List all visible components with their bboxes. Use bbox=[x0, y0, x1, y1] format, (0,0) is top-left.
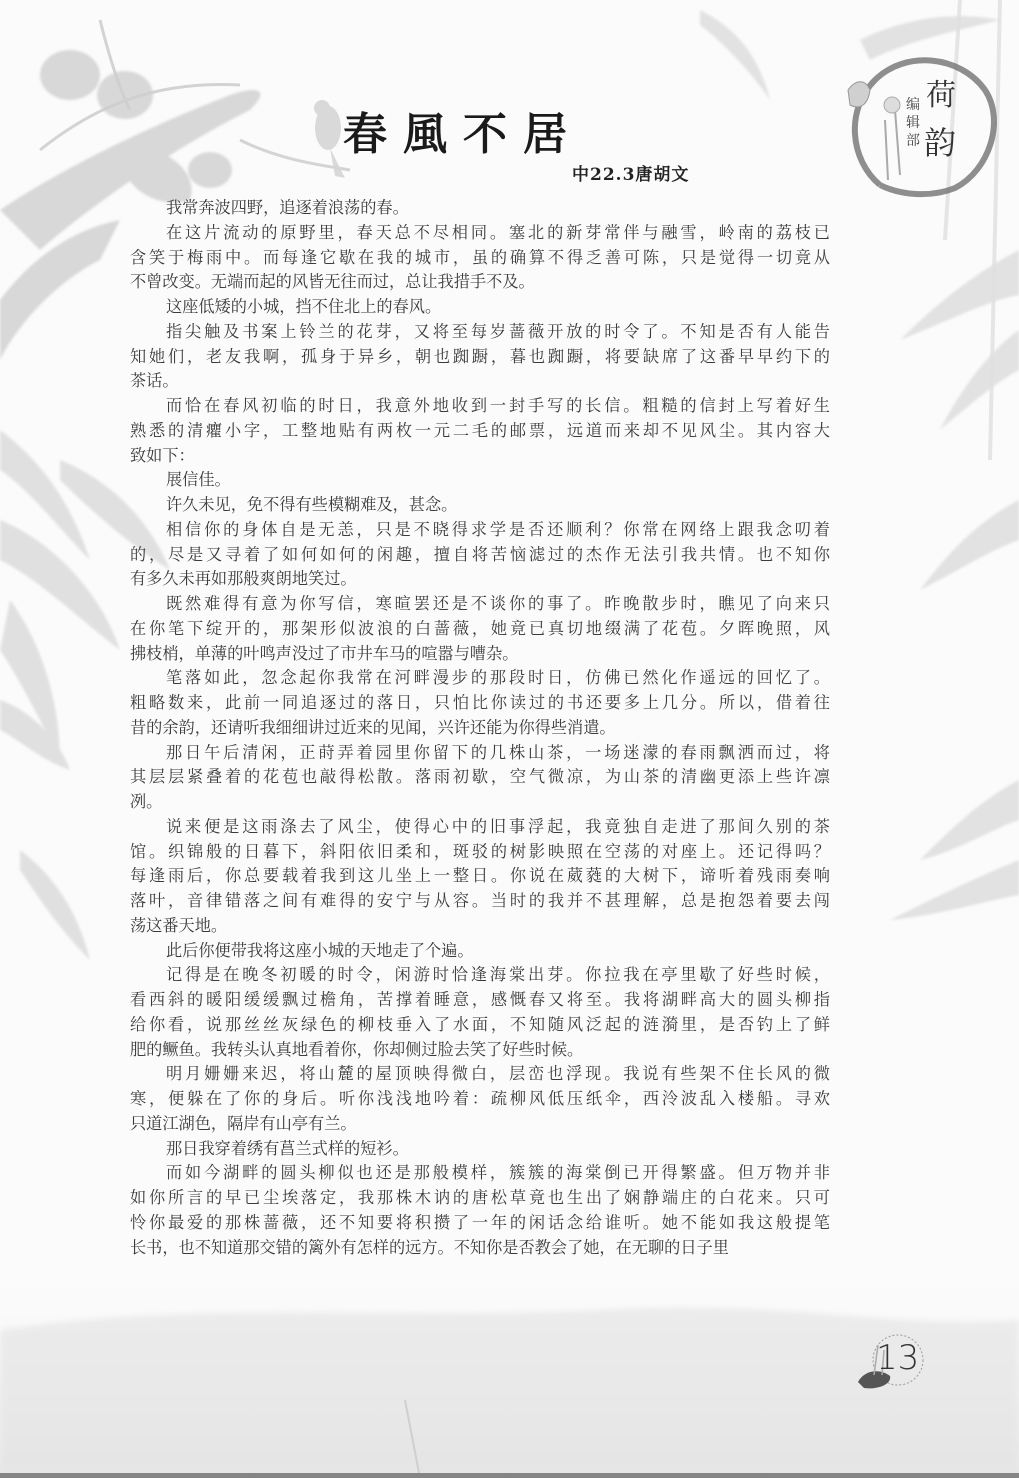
text-line: 而如今湖畔的圆头柳似也还是那般模样，簇簇的海棠倒已开得繁盛。但万物并非 bbox=[130, 1161, 830, 1186]
article-body: 我常奔波四野，追逐着浪荡的春。在这片流动的原野里，春天总不尽相同。塞北的新芽常伴… bbox=[130, 196, 830, 1260]
page-number: 13 bbox=[876, 1338, 919, 1378]
text-line: 许久未见，免不得有些模糊难及，甚念。 bbox=[130, 493, 830, 518]
text-line: 致如下： bbox=[130, 444, 830, 469]
logo-char-2: 韵 bbox=[924, 118, 956, 164]
text-line: 拂枝梢，单薄的叶鸣声没过了市井车马的喧嚣与嘈杂。 bbox=[130, 642, 830, 667]
magazine-page: 荷 韵 编辑部 春風不居 中22.3唐胡文 我常奔波四野，追逐着浪荡的春。在这片… bbox=[0, 0, 1019, 1478]
text-line: 知她们，老友我啊，孤身于异乡，朝也踟蹰，暮也踟蹰，将要缺席了这番早早约下的 bbox=[130, 345, 830, 370]
text-line: 荡这番天地。 bbox=[130, 914, 830, 939]
text-line: 指尖触及书案上铃兰的花芽，又将至每岁蔷薇开放的时令了。不知是否有人能告 bbox=[130, 320, 830, 345]
text-line: 我常奔波四野，追逐着浪荡的春。 bbox=[130, 196, 830, 221]
text-line: 昔的余韵，还请听我细细讲过近来的见闻，兴许还能为你得些消遣。 bbox=[130, 716, 830, 741]
text-line: 肥的鳜鱼。我转头认真地看着你，你却侧过脸去笑了好些时候。 bbox=[130, 1038, 830, 1063]
text-line: 笔落如此，忽念起你我常在河畔漫步的那段时日，仿佛已然化作遥远的回忆了。 bbox=[130, 666, 830, 691]
text-line: 寒，便躲在了你的身后。听你浅浅地吟着：疏柳风低压纸伞，西泠波乱入楼船。寻欢 bbox=[130, 1087, 830, 1112]
text-line: 的，尽是又寻着了如何如何的闲趣，擅自将苦恼滤过的杰作无法引我共情。也不知你 bbox=[130, 543, 830, 568]
text-line: 茶话。 bbox=[130, 369, 830, 394]
text-line: 冽。 bbox=[130, 790, 830, 815]
text-line: 这座低矮的小城，挡不住北上的春风。 bbox=[130, 295, 830, 320]
text-line: 看西斜的暖阳缓缓飘过檐角，苦撑着睡意，感慨春又将至。我将湖畔高大的圆头柳指 bbox=[130, 988, 830, 1013]
text-line: 给你看，说那丝丝灰绿色的柳枝垂入了水面，不知随风泛起的涟漪里，是否钓上了鲜 bbox=[130, 1013, 830, 1038]
text-line: 而恰在春风初临的时日，我意外地收到一封手写的长信。粗糙的信封上写着好生 bbox=[130, 394, 830, 419]
text-line: 既然难得有意为你写信，寒暄罢还是不谈你的事了。昨晚散步时，瞧见了向来只 bbox=[130, 592, 830, 617]
text-line: 明月姗姗来迟，将山麓的屋顶映得微白，层峦也浮现。我说有些架不住长风的微 bbox=[130, 1062, 830, 1087]
text-line: 记得是在晚冬初暖的时令，闲游时恰逢海棠出芽。你拉我在亭里歇了好些时候， bbox=[130, 963, 830, 988]
text-line: 在这片流动的原野里，春天总不尽相同。塞北的新芽常伴与融雪，岭南的荔枝已 bbox=[130, 221, 830, 246]
text-line: 那日我穿着绣有菖兰式样的短衫。 bbox=[130, 1137, 830, 1162]
text-line: 相信你的身体自是无恙，只是不晓得求学是否还顺利？你常在网络上跟我念叨着 bbox=[130, 518, 830, 543]
logo-department: 编辑部 bbox=[906, 96, 922, 150]
bottom-edge-bar bbox=[0, 1473, 1019, 1478]
text-line: 每逢雨后，你总要载着我到这儿坐上一整日。你说在葳蕤的大树下，谛听着残雨奏响 bbox=[130, 864, 830, 889]
text-line: 在你笔下绽开的，那架形似波浪的白蔷薇，她竟已真切地缀满了花苞。夕晖晚照，风 bbox=[130, 617, 830, 642]
text-line: 展信佳。 bbox=[130, 468, 830, 493]
text-line: 不曾改变。无端而起的风皆无往而过，总让我措手不及。 bbox=[130, 270, 830, 295]
article-title: 春風不居 bbox=[343, 98, 583, 162]
text-line: 落叶，音律错落之间有难得的安宁与从容。当时的我并不甚理解，总是抱怨着要去闯 bbox=[130, 889, 830, 914]
text-line: 此后你便带我将这座小城的天地走了个遍。 bbox=[130, 939, 830, 964]
text-line: 其层层紧叠着的花苞也敲得松散。落雨初歇，空气微凉，为山茶的清幽更添上些许凛 bbox=[130, 765, 830, 790]
text-line: 粗略数来，此前一同追逐过的落日，只怕比你读过的书还要多上几分。所以，借着往 bbox=[130, 691, 830, 716]
article-author: 中22.3唐胡文 bbox=[572, 160, 689, 185]
text-line: 那日午后清闲，正莳弄着园里你留下的几株山茶，一场迷濛的春雨飘洒而过，将 bbox=[130, 741, 830, 766]
text-line: 有多久未再如那般爽朗地笑过。 bbox=[130, 567, 830, 592]
text-line: 馆。织锦般的日暮下，斜阳依旧柔和，斑驳的树影映照在空荡的对座上。还记得吗？ bbox=[130, 840, 830, 865]
text-line: 说来便是这雨涤去了风尘，使得心中的旧事浮起，我竟独自走进了那间久别的茶 bbox=[130, 815, 830, 840]
logo-char-1: 荷 bbox=[926, 70, 956, 114]
text-line: 只道江湖色，隔岸有山亭有兰。 bbox=[130, 1112, 830, 1137]
butterfly-icon bbox=[848, 82, 870, 107]
text-line: 含笑于梅雨中。而每逢它歇在我的城市，虽的确算不得乏善可陈，只是觉得一切竟从 bbox=[130, 246, 830, 271]
text-line: 怜你最爱的那株蔷薇，还不知要将积攒了一年的闲话念给谁听。她不能如我这般提笔 bbox=[130, 1211, 830, 1236]
text-line: 长书，也不知道那交错的篱外有怎样的远方。不知你是否教会了她，在无聊的日子里 bbox=[130, 1236, 830, 1261]
text-line: 如你所言的早已尘埃落定，我那株木讷的唐松草竟也生出了娴静端庄的白花来。只可 bbox=[130, 1186, 830, 1211]
text-line: 熟悉的清癯小字，工整地贴有两枚一元二毛的邮票，远道而来却不见风尘。其内容大 bbox=[130, 419, 830, 444]
